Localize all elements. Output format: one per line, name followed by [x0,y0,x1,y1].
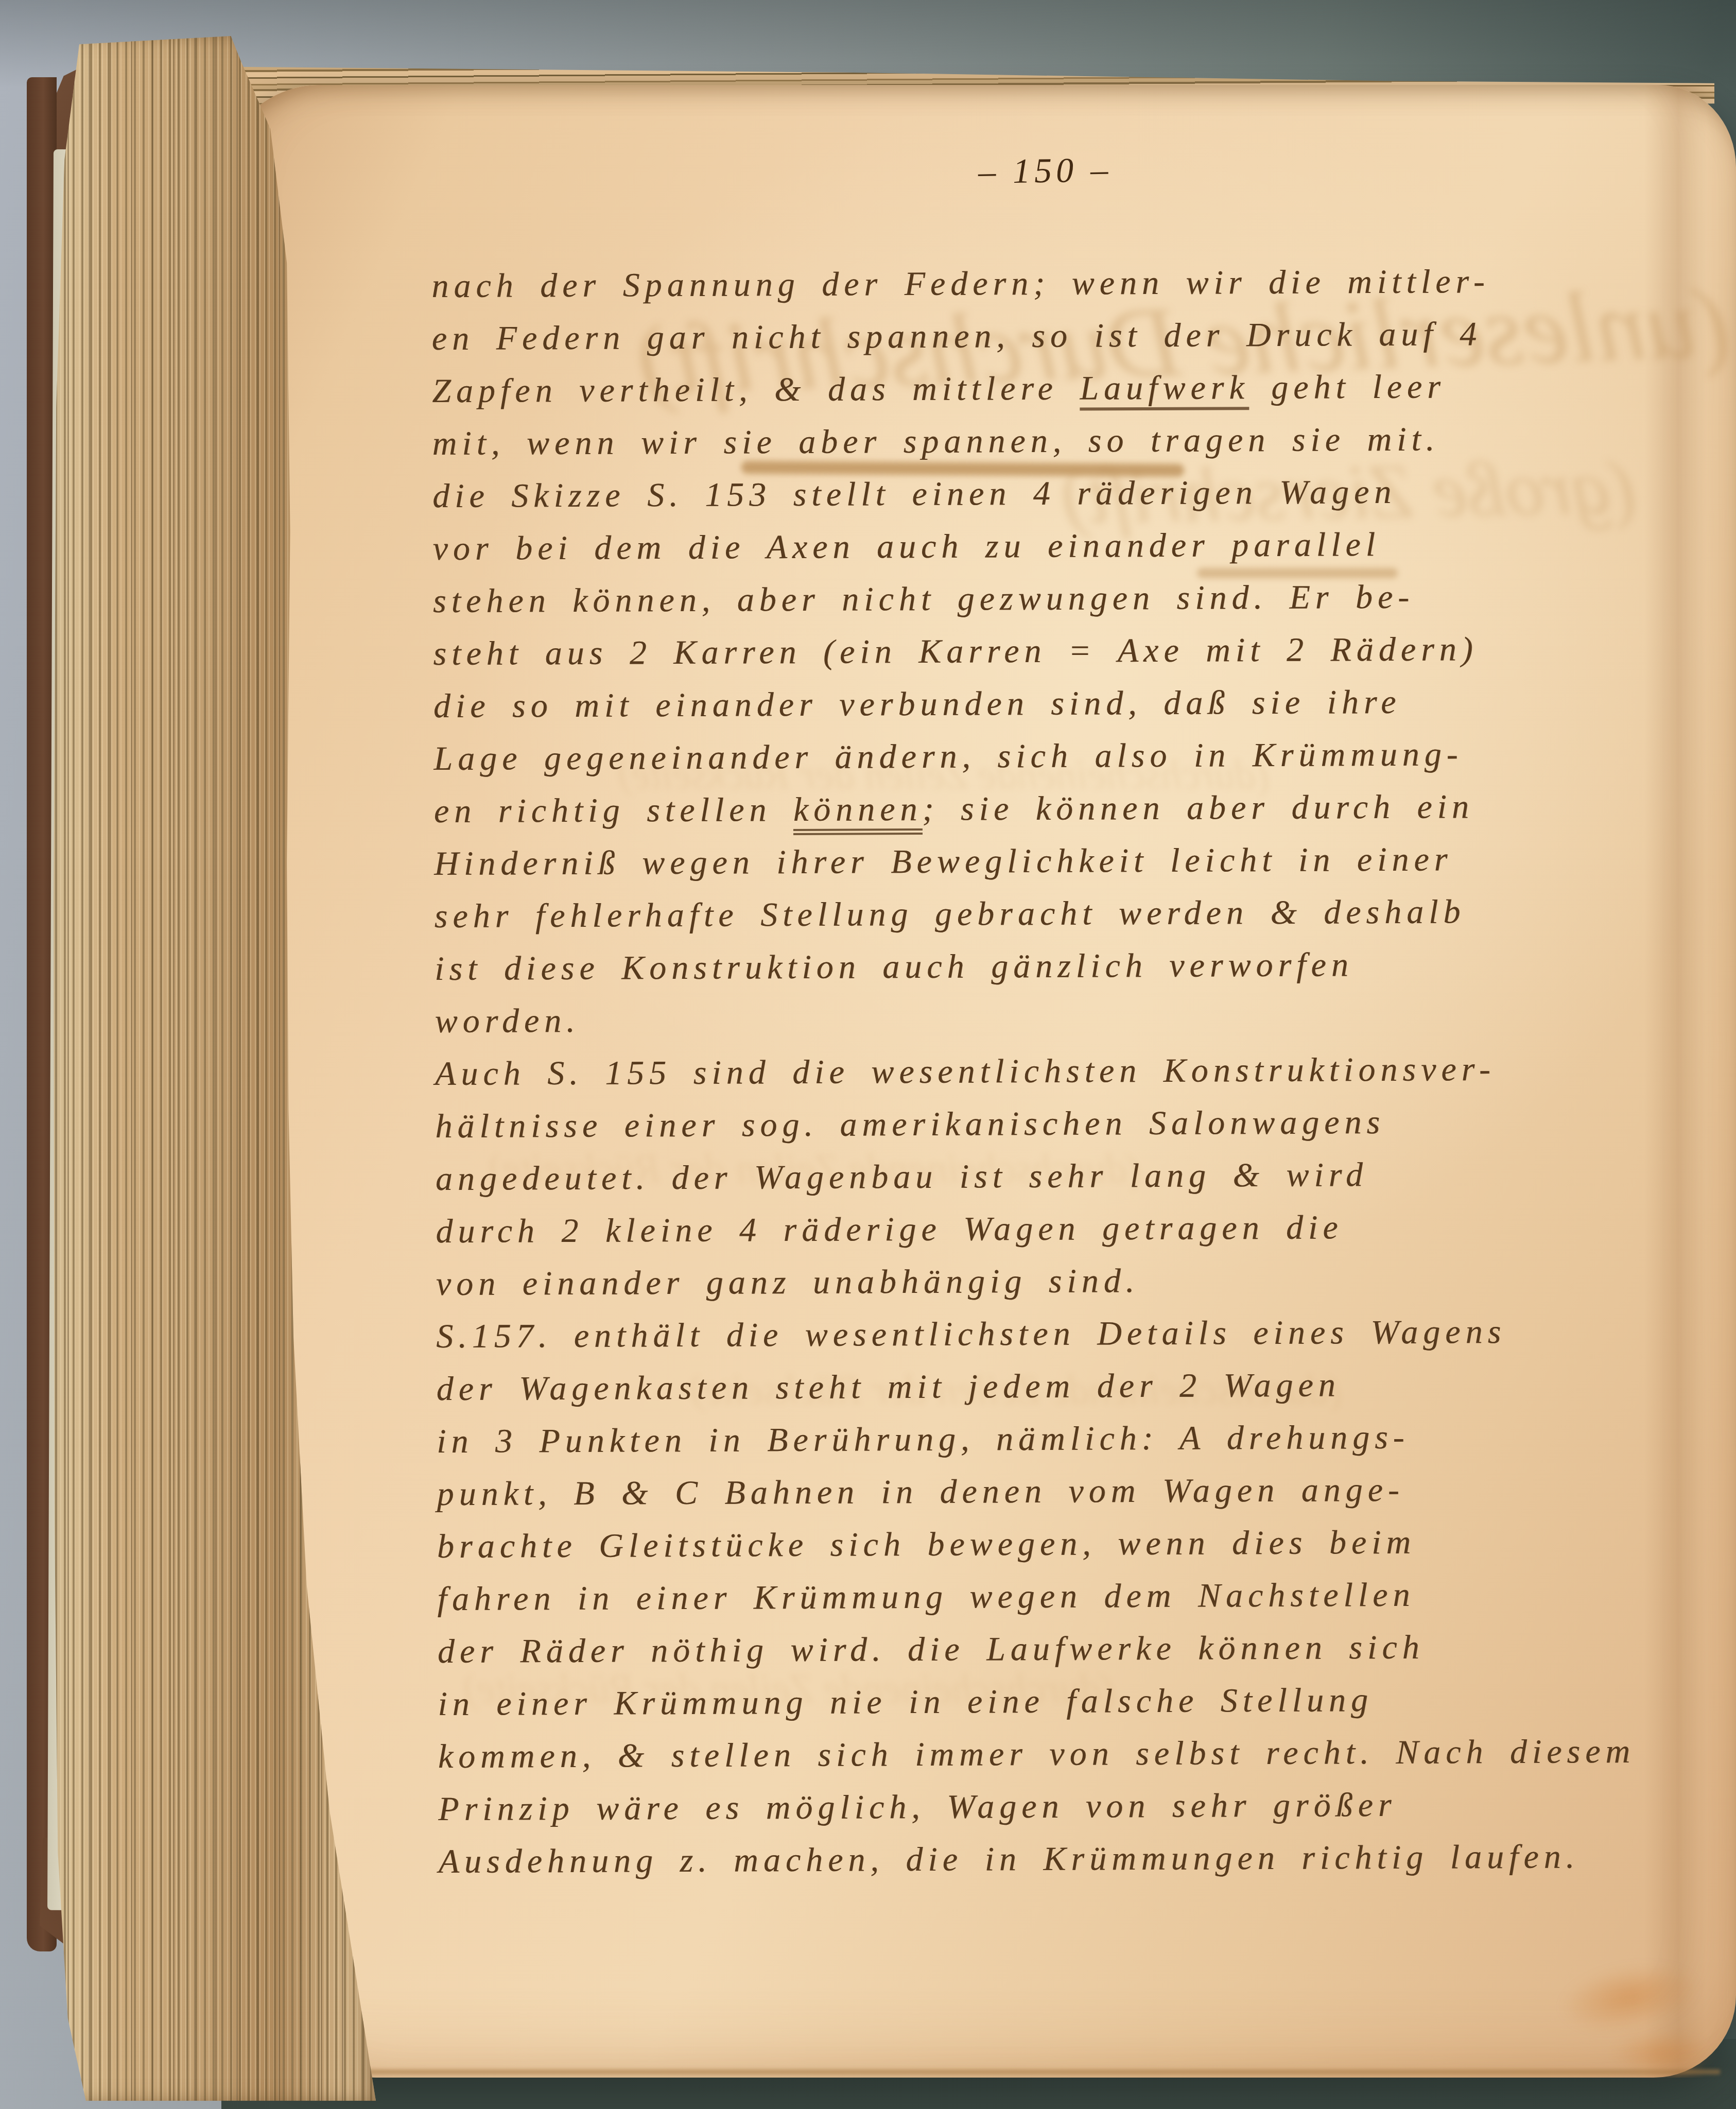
text-line: Lage gegeneinander ändern, sich also in … [433,728,1631,785]
text-segment: die Skizze S. 153 stellt einen 4 räderig… [432,473,1396,515]
text-segment: kommen, & stellen sich immer von selbst … [438,1733,1636,1775]
text-segment: in einer Krümmung nie in eine falsche St… [438,1681,1373,1723]
text-line: kommen, & stellen sich immer von selbst … [438,1725,1636,1783]
text-line: hältnisse einer sog. amerikanischen Salo… [435,1095,1633,1153]
text-segment: brachte Gleitstücke sich bewegen, wenn d… [437,1524,1416,1565]
text-segment: von einander ganz unabhängig sind. [436,1262,1140,1303]
text-line: punkt, B & C Bahnen in denen vom Wagen a… [437,1463,1634,1520]
text-segment: geht leer [1249,368,1446,406]
text-line: angedeutet. der Wagenbau ist sehr lang &… [436,1148,1633,1205]
text-line: ist diese Konstruktion auch gänzlich ver… [435,938,1632,995]
underlined-word: können [793,790,923,835]
text-line: vor bei dem die Axen auch zu einander pa… [432,517,1630,575]
text-segment: mit, wenn wir sie aber spannen, so trage… [432,421,1440,463]
text-line: in 3 Punkten in Berührung, nämlich: A dr… [437,1410,1634,1468]
text-line: en richtig stellen können; sie können ab… [434,780,1631,838]
text-line: fahren in einer Krümmung wegen dem Nachs… [437,1568,1635,1626]
text-segment: Auch S. 155 sind die wesentlichsten Kons… [435,1050,1496,1093]
text-line: steht aus 2 Karren (ein Karren = Axe mit… [433,623,1630,680]
text-segment: die so mit einander verbunden sind, daß … [433,683,1401,725]
text-line: Zapfen vertheilt, & das mittlere Laufwer… [432,360,1629,418]
text-line: Hinderniß wegen ihrer Beweglichkeit leic… [434,833,1631,890]
text-segment: Hinderniß wegen ihrer Beweglichkeit leic… [434,840,1452,883]
text-line: in einer Krümmung nie in eine falsche St… [438,1673,1635,1731]
text-segment: durch 2 kleine 4 räderige Wagen getragen… [436,1208,1343,1250]
photo-of-open-book: (unleserliche Durchschrift) (große Ziers… [0,0,1736,2109]
text-line: brachte Gleitstücke sich bewegen, wenn d… [437,1515,1635,1573]
text-segment: Ausdehnung z. machen, die in Krümmungen … [439,1838,1580,1880]
text-line: durch 2 kleine 4 räderige Wagen getragen… [436,1200,1633,1258]
text-line: S.157. enthält die wesentlichsten Detail… [436,1305,1634,1363]
text-segment: der Räder nöthig wird. die Laufwerke kön… [438,1629,1425,1670]
text-segment: Prinzip wäre es möglich, Wagen von sehr … [438,1786,1397,1828]
text-segment: sehr fehlerhafte Stellung gebracht werde… [435,893,1466,935]
text-line: der Wagenkasten steht mit jedem der 2 Wa… [436,1358,1634,1415]
text-segment: angedeutet. der Wagenbau ist sehr lang &… [436,1156,1368,1198]
text-segment: der Wagenkasten steht mit jedem der 2 Wa… [437,1366,1341,1408]
text-line: Ausdehnung z. machen, die in Krümmungen … [438,1830,1636,1888]
text-segment: nach der Spannung der Federn; wenn wir d… [431,263,1490,305]
text-line: Prinzip wäre es möglich, Wagen von sehr … [438,1778,1636,1836]
text-segment: in 3 Punkten in Berührung, nämlich: A dr… [437,1419,1410,1460]
text-line: sehr fehlerhafte Stellung gebracht werde… [434,885,1631,943]
text-segment: Lage gegeneinander ändern, sich also in … [433,735,1463,777]
text-line: der Räder nöthig wird. die Laufwerke kön… [438,1620,1635,1678]
page-number: – 150 – [926,148,1164,193]
text-segment: ; sie können aber durch ein [922,788,1474,828]
manuscript-text: nach der Spannung der Federn; wenn wir d… [431,255,1636,1888]
paper-stain [1611,2031,1714,2075]
text-line: Auch S. 155 sind die wesentlichsten Kons… [435,1043,1633,1100]
text-segment: stehen können, aber nicht gezwungen sind… [433,578,1415,620]
text-segment: en Federn gar nicht spannen, so ist der … [432,315,1482,357]
text-segment: Zapfen vertheilt, & das mittlere [432,370,1080,410]
text-line: mit, wenn wir sie aber spannen, so trage… [432,412,1629,470]
text-segment: S.157. enthält die wesentlichsten Detail… [436,1313,1506,1355]
text-segment: fahren in einer Krümmung wegen dem Nachs… [437,1576,1415,1618]
text-segment: worden. [435,1002,580,1040]
text-segment: hältnisse einer sog. amerikanischen Salo… [435,1103,1385,1145]
text-line: die Skizze S. 153 stellt einen 4 räderig… [432,465,1630,523]
text-line: die so mit einander verbunden sind, daß … [433,675,1631,733]
text-segment: vor bei dem die Axen auch zu einander pa… [432,526,1380,567]
text-line: stehen können, aber nicht gezwungen sind… [433,570,1630,628]
text-segment: en richtig stellen [434,791,793,830]
text-segment: ist diese Konstruktion auch gänzlich ver… [435,946,1353,988]
text-line: von einander ganz unabhängig sind. [436,1253,1634,1310]
underlined-word: Laufwerk [1080,369,1249,410]
text-segment: punkt, B & C Bahnen in denen vom Wagen a… [437,1471,1404,1513]
text-line: nach der Spannung der Federn; wenn wir d… [431,255,1629,313]
text-line: en Federn gar nicht spannen, so ist der … [432,307,1629,365]
text-segment: steht aus 2 Karren (ein Karren = Axe mit… [433,630,1478,672]
text-line: worden. [435,990,1632,1048]
